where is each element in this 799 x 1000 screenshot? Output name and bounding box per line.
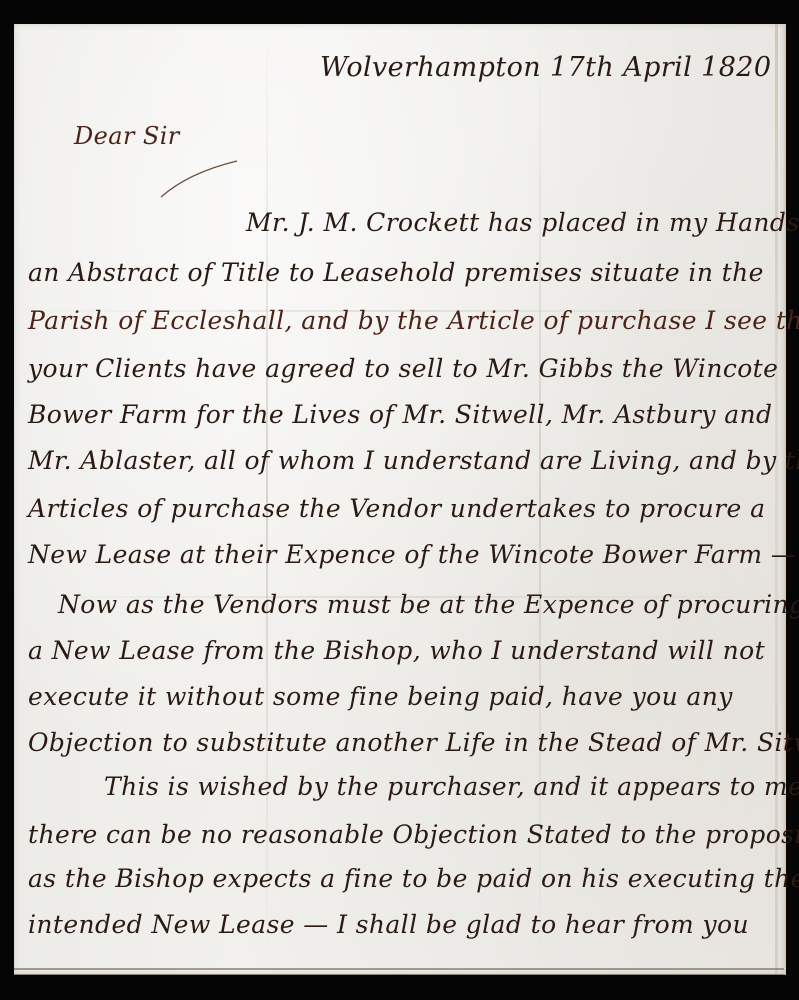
salutation: Dear Sir (74, 124, 180, 148)
letter-line: New Lease at their Expence of the Wincot… (28, 542, 796, 567)
letter-line: This is wished by the purchaser, and it … (104, 774, 799, 799)
letter-line: Articles of purchase the Vendor undertak… (28, 496, 765, 521)
letter-line: Mr. Ablaster, all of whom I understand a… (28, 448, 799, 473)
letter-line: Objection to substitute another Life in … (28, 730, 799, 755)
letter-line: execute it without some fine being paid,… (28, 684, 733, 709)
letter-line: intended New Lease — I shall be glad to … (28, 912, 749, 937)
letter-line: Parish of Eccleshall, and by the Article… (28, 308, 799, 333)
letter-line: Now as the Vendors must be at the Expenc… (58, 592, 799, 617)
paper-bottom-edge (14, 968, 784, 970)
letter-line: Bower Farm for the Lives of Mr. Sitwell,… (28, 402, 772, 427)
pen-flourish-icon (159, 159, 239, 199)
letter-line: your Clients have agreed to sell to Mr. … (28, 356, 778, 381)
place-date-heading: Wolverhampton 17th April 1820 (320, 54, 771, 81)
letter-line: as the Bishop expects a fine to be paid … (28, 866, 799, 891)
letter-page: Wolverhampton 17th April 1820 Dear Sir M… (14, 24, 786, 975)
letter-line: Mr. J. M. Crockett has placed in my Hand… (246, 210, 799, 235)
letter-line: there can be no reasonable Objection Sta… (28, 822, 799, 847)
letter-line: a New Lease from the Bishop, who I under… (28, 638, 765, 663)
letter-line: an Abstract of Title to Leasehold premis… (28, 260, 764, 285)
